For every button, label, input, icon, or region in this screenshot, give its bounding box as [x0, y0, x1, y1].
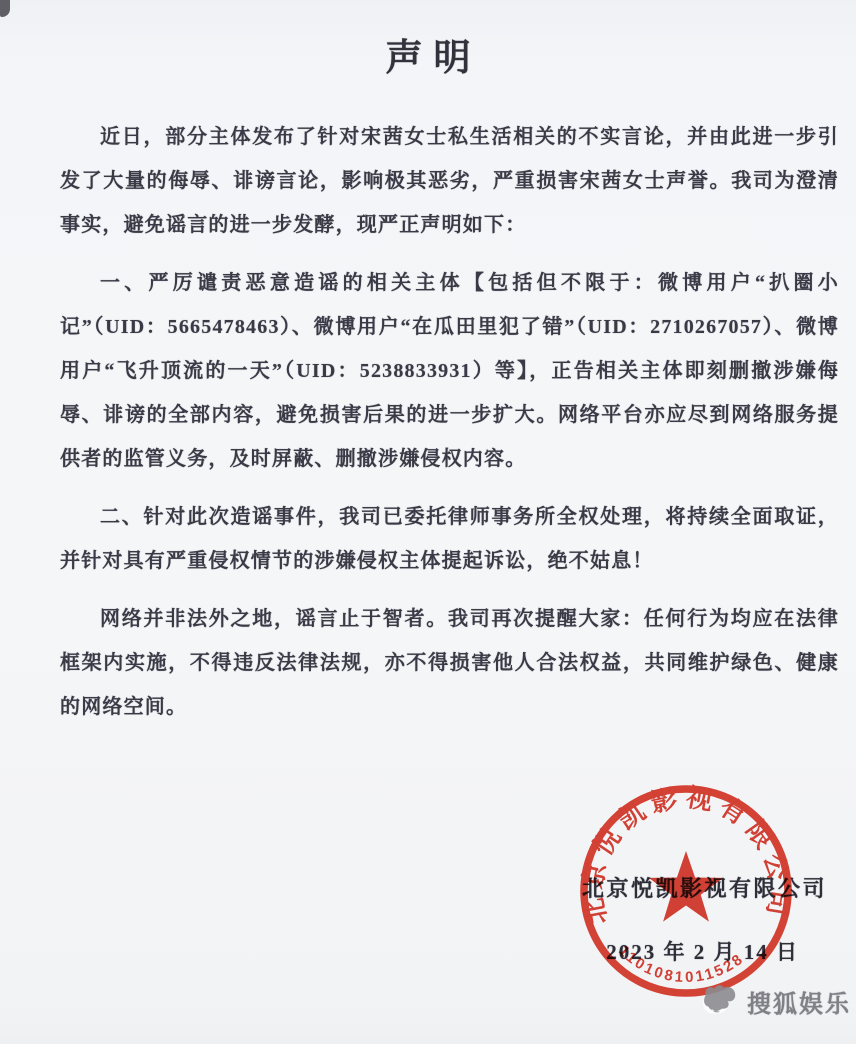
paragraph-item-2: 二、针对此次造谣事件，我司已委托律师事务所全权处理，将持续全面取证，并针对具有严…: [60, 495, 839, 583]
scan-corner-artifact: [0, 0, 10, 17]
watermark-label: 搜狐娱乐: [747, 984, 851, 1019]
paragraph-closing: 网络并非法外之地，谣言止于智者。我司再次提醒大家：任何行为均应在法律框架内实施，…: [60, 597, 839, 729]
document-body: 近日，部分主体发布了针对宋茜女士私生活相关的不实言论，并由此进一步引发了大量的侮…: [0, 115, 856, 729]
paragraph-item-1: 一、严厉谴责恶意造谣的相关主体【包括但不限于：微博用户“扒圈小记”（UID：56…: [60, 261, 839, 481]
seal-star-icon: [649, 851, 723, 922]
statement-document-page: 声明 近日，部分主体发布了针对宋茜女士私生活相关的不实言论，并由此进一步引发了大…: [0, 0, 856, 1044]
company-seal-stamp: 北京悦凯影视有限公司 1101081011528: [576, 781, 796, 1001]
paragraph-intro: 近日，部分主体发布了针对宋茜女士私生活相关的不实言论，并由此进一步引发了大量的侮…: [60, 115, 839, 247]
sohu-fox-icon: [698, 982, 740, 1020]
sohu-watermark: 搜狐娱乐: [698, 982, 851, 1020]
document-title: 声明: [0, 36, 856, 82]
